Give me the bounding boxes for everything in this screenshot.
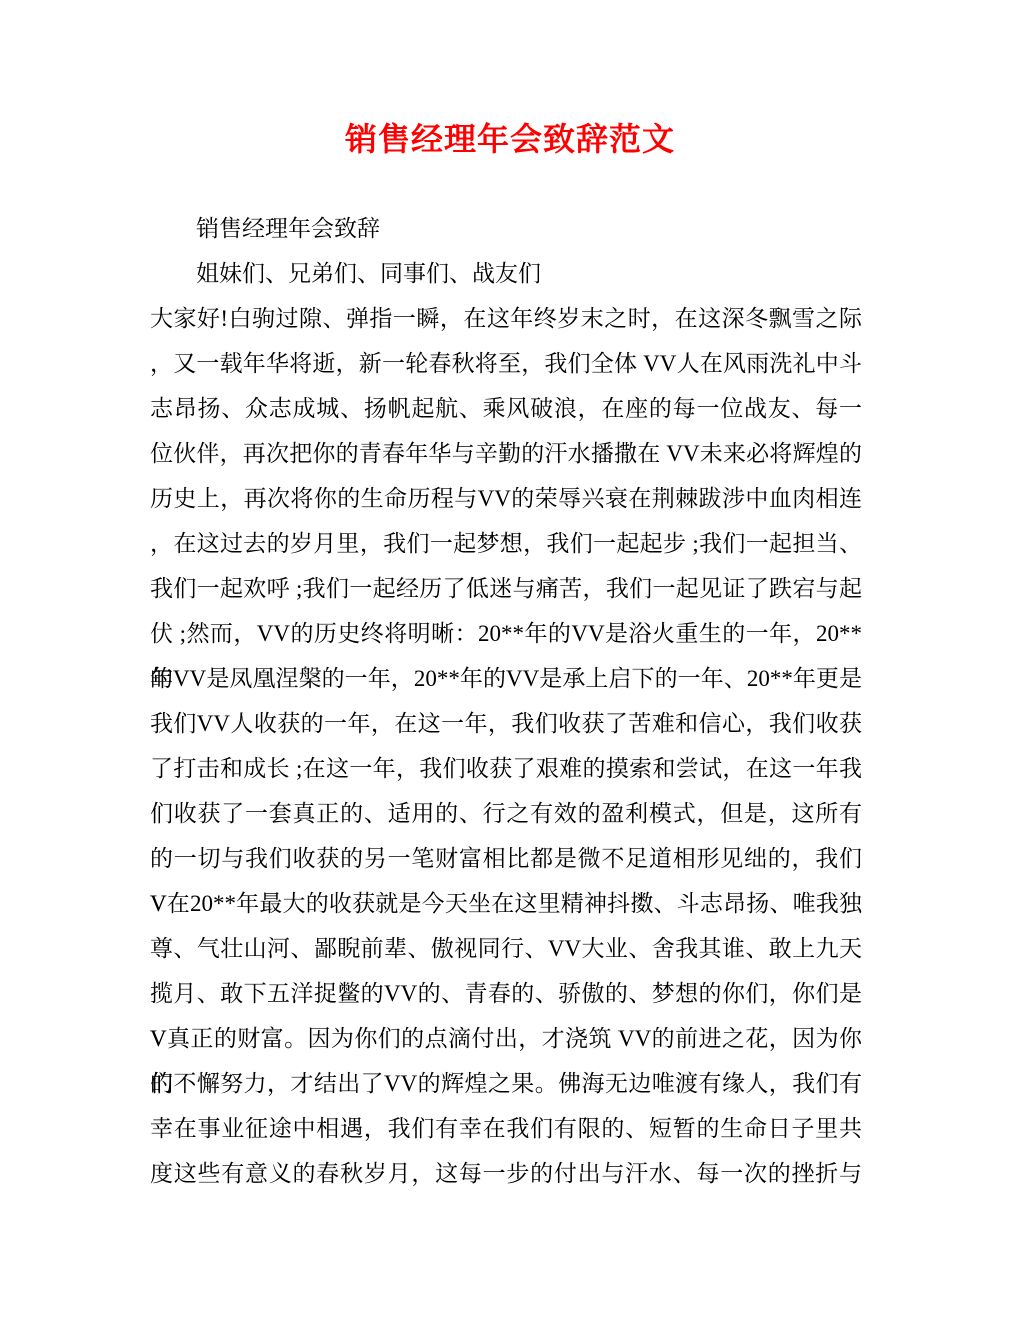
body-line: V在20**年最大的收获就是今天坐在这里精神抖擞、斗志昂扬、唯我独 [150, 881, 862, 926]
paragraph-subtitle: 销售经理年会致辞 [150, 206, 862, 251]
body-line: 们收获了一套真正的、适用的、行之有效的盈利模式，但是，这所有 [150, 791, 862, 836]
body-line: 大家好!白驹过隙、弹指一瞬，在这年终岁末之时，在这深冬飘雪之际 [150, 296, 862, 341]
body-line: 位伙伴，再次把你的青春年华与辛勤的汗水播撒在 VV未来必将辉煌的 [150, 431, 862, 476]
body-line: 我们一起欢呼 ;我们一起经历了低迷与痛苦，我们一起见证了跌宕与起 [150, 566, 862, 611]
body-line: 揽月、敢下五洋捉鳖的VV的、青春的、骄傲的、梦想的你们，你们是 V [150, 971, 862, 1016]
body-line: 志昂扬、众志成城、扬帆起航、乘风破浪，在座的每一位战友、每一 [150, 386, 862, 431]
body-line: ，又一载年华将逝，新一轮春秋将至，我们全体 VV人在风雨洗礼中斗 [150, 341, 862, 386]
document-body: 销售经理年会致辞 姐妹们、兄弟们、同事们、战友们 大家好!白驹过隙、弹指一瞬，在… [150, 206, 862, 1196]
document-page: 销售经理年会致辞范文 销售经理年会致辞 姐妹们、兄弟们、同事们、战友们 大家好!… [0, 0, 1020, 1320]
body-line: 我们VV人收获的一年，在这一年，我们收获了苦难和信心，我们收获 [150, 701, 862, 746]
body-line: 了打击和成长 ;在这一年，我们收获了艰难的摸索和尝试，在这一年我 [150, 746, 862, 791]
body-line: 幸在事业征途中相遇，我们有幸在我们有限的、短暂的生命日子里共 [150, 1106, 862, 1151]
paragraph-salutation: 姐妹们、兄弟们、同事们、战友们 [150, 251, 862, 296]
body-line: 历史上，再次将你的生命历程与VV的荣辱兴衰在荆棘跋涉中血肉相连 [150, 476, 862, 521]
body-line: 伏 ;然而，VV的历史终将明晰：20**年的VV是浴火重生的一年，20**年 [150, 611, 862, 656]
body-line: V真正的财富。因为你们的点滴付出，才浇筑 VV的前进之花，因为你们 [150, 1016, 862, 1061]
body-line: 的VV是凤凰涅槃的一年，20**年的VV是承上启下的一年、20**年更是 [150, 656, 862, 701]
body-line: 的一切与我们收获的另一笔财富相比都是微不足道相形见绌的，我们 V [150, 836, 862, 881]
document-title: 销售经理年会致辞范文 [0, 0, 1020, 162]
body-line: ，在这过去的岁月里，我们一起梦想，我们一起起步 ;我们一起担当、 [150, 521, 862, 566]
body-line: 的不懈努力，才结出了VV的辉煌之果。佛海无边唯渡有缘人，我们有 [150, 1061, 862, 1106]
body-line: 度这些有意义的春秋岁月，这每一步的付出与汗水、每一次的挫折与 [150, 1151, 862, 1196]
body-line: 尊、气壮山河、鄙睨前辈、傲视同行、VV大业、舍我其谁、敢上九天 [150, 926, 862, 971]
